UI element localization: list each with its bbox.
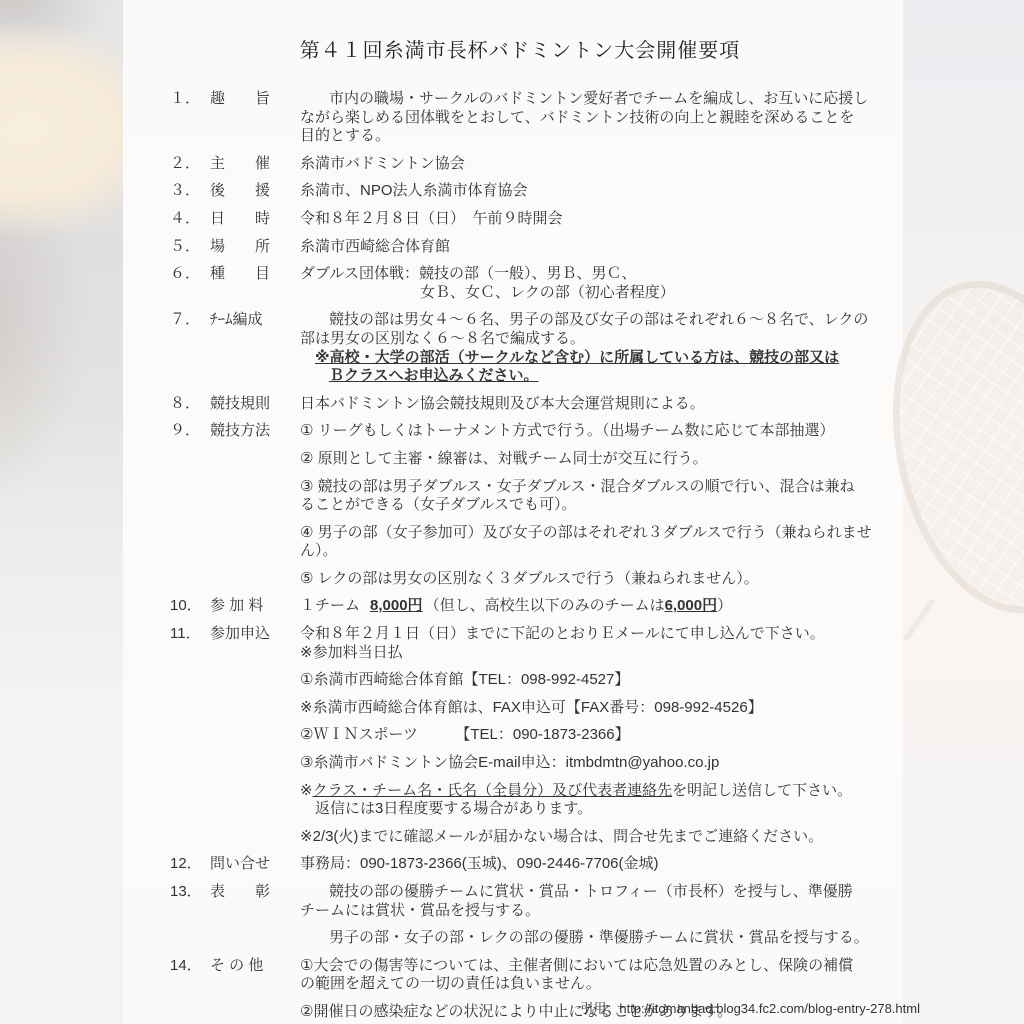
item-rules: ８． 競技規則 日本バドミントン協会競技規則及び本大会運営規則による。: [170, 395, 870, 414]
item-number: 12．: [170, 855, 210, 874]
text-line: ながら楽しめる団体戦をとおして、バドミントン技術の向上と親睦を深めることを: [300, 109, 870, 128]
text-line: ④ 男子の部（女子参加可）及び女子の部はそれぞれ３ダブルスで行う（兼ねられませ: [300, 524, 870, 543]
background-photo-left: [0, 0, 123, 1024]
text-line: 日本バドミントン協会競技規則及び本大会運営規則による。: [300, 395, 870, 414]
item-label: 競技規則: [210, 395, 300, 414]
fee-text: １チーム: [300, 597, 360, 614]
item-label: ﾁｰﾑ編成: [210, 311, 300, 385]
text-line: 男子の部・女子の部・レクの部の優勝・準優勝チームに賞状・賞品を授与する。: [300, 929, 870, 948]
item-venue: ５． 場 所 糸満市西崎総合体育館: [170, 238, 870, 257]
item-support: ３． 後 援 糸満市、NPO法人糸満市体育協会: [170, 182, 870, 201]
item-number: ２．: [170, 155, 210, 174]
item-datetime: ４． 日 時 令和８年２月８日（日） 午前９時開会: [170, 210, 870, 229]
text-line: 目的とする。: [300, 127, 870, 146]
item-entry-fee: 10． 参 加 料 １チーム8,000円（但し、高校生以下のみのチームは6,00…: [170, 597, 870, 616]
text-line: ①大会での傷害等については、主催者側においては応急処置のみとし、保険の補償: [300, 957, 870, 976]
text-line: 糸満市西崎総合体育館: [300, 238, 870, 257]
item-label: 後 援: [210, 182, 300, 201]
text-line: 女Ｂ、女Ｃ、レクの部（初心者程度）: [300, 284, 870, 303]
text-line: ※参加料当日払: [300, 644, 870, 663]
fee-amount: 6,000円: [665, 597, 718, 614]
page-title: 第４１回糸満市長杯バドミントン大会開催要項: [170, 34, 870, 63]
citation-url: 引用：http://itomanbad.blog34.fc2.com/blog-…: [580, 998, 920, 1017]
text-line: １チーム8,000円（但し、高校生以下のみのチームは6,000円）: [300, 597, 870, 616]
item-number: ３．: [170, 182, 210, 201]
text-line: 部は男女の区別なく６～８名で編成する。: [300, 330, 870, 349]
text-line-emphasis: Ｂクラスへお申込みください。: [300, 367, 870, 386]
item-label: 種 目: [210, 265, 300, 302]
item-number: ５．: [170, 238, 210, 257]
item-number: 10．: [170, 597, 210, 616]
item-number: ４．: [170, 210, 210, 229]
item-format: ９． 競技方法 ① リーグもしくはトーナメント方式で行う。（出場チーム数に応じて…: [170, 422, 870, 588]
text-line: ③糸満市バドミントン協会E-mail申込：itmbdmtn@yahoo.co.j…: [300, 754, 870, 773]
fee-amount: 8,000円: [370, 597, 423, 614]
badminton-racket-icon: [885, 252, 1024, 642]
text-line: ①糸満市西崎総合体育館【TEL：098-992-4527】: [300, 671, 870, 690]
text-line: ※2/3(火)までに確認メールが届かない場合は、問合せ先までご連絡ください。: [300, 828, 870, 847]
text-line: 競技の部の優勝チームに賞状・賞品・トロフィー（市長杯）を授与し、準優勝: [300, 883, 870, 902]
text-line: 令和８年２月１日（日）までに下記のとおりＥメールにて申し込んで下さい。: [300, 625, 870, 644]
item-number: ９．: [170, 422, 210, 588]
text-line: の範囲を超えての一切の責任は負いません。: [300, 975, 870, 994]
text-line: チームには賞状・賞品を授与する。: [300, 902, 870, 921]
note-mark: ※: [300, 782, 313, 799]
text-line: ③ 競技の部は男子ダブルス・女子ダブルス・混合ダブルスの順で行い、混合は兼ね: [300, 478, 870, 497]
text-line: 糸満市、NPO法人糸満市体育協会: [300, 182, 870, 201]
item-label: 表 彰: [210, 883, 300, 948]
text-line: 令和８年２月８日（日） 午前９時開会: [300, 210, 870, 229]
item-label: 参 加 料: [210, 597, 300, 616]
item-number: ８．: [170, 395, 210, 414]
item-number: １．: [170, 90, 210, 146]
item-label: 主 催: [210, 155, 300, 174]
item-content: 市内の職場・サークルのバドミントン愛好者でチームを編成し、お互いに応援し ながら…: [300, 90, 870, 146]
text-line: ダブルス団体戦：競技の部（一般）、男Ｂ、男Ｃ、: [300, 265, 870, 284]
text-line: 競技の部は男女４～６名、男子の部及び女子の部はそれぞれ６～８名で、レクの: [300, 311, 870, 330]
item-label: 競技方法: [210, 422, 300, 588]
page: 第４１回糸満市長杯バドミントン大会開催要項 １． 趣 旨 市内の職場・サークルの…: [0, 0, 1024, 1024]
note-text: を明記し送信して下さい。: [672, 782, 852, 799]
item-team-composition: ７． ﾁｰﾑ編成 競技の部は男女４～６名、男子の部及び女子の部はそれぞれ６～８名…: [170, 311, 870, 385]
item-label: 参加申込: [210, 625, 300, 846]
item-number: ７．: [170, 311, 210, 385]
item-number: 14．: [170, 957, 210, 1022]
item-number: ６．: [170, 265, 210, 302]
item-number: 11．: [170, 625, 210, 846]
text-line: ② 原則として主審・線審は、対戦チーム同士が交互に行う。: [300, 450, 870, 469]
fee-text: （但し、高校生以下のみのチームは: [425, 597, 665, 614]
item-label: 趣 旨: [210, 90, 300, 146]
text-line: 返信には3日程度要する場合があります。: [300, 800, 870, 819]
item-events: ６． 種 目 ダブルス団体戦：競技の部（一般）、男Ｂ、男Ｃ、 女Ｂ、女Ｃ、レクの…: [170, 265, 870, 302]
item-label: 場 所: [210, 238, 300, 257]
item-label: 日 時: [210, 210, 300, 229]
item-purpose: １． 趣 旨 市内の職場・サークルのバドミントン愛好者でチームを編成し、お互いに…: [170, 90, 870, 146]
item-number: 13．: [170, 883, 210, 948]
note-underlined: クラス・チーム名・氏名（全員分）及び代表者連絡先: [313, 782, 673, 799]
item-application: 11． 参加申込 令和８年２月１日（日）までに下記のとおりＥメールにて申し込んで…: [170, 625, 870, 846]
item-contact: 12． 問い合せ 事務局：090-1873-2366(玉城)、090-2446-…: [170, 855, 870, 874]
text-line-emphasis: ※高校・大学の部活（サークルなど含む）に所属している方は、競技の部又は: [300, 349, 870, 368]
text-line: ① リーグもしくはトーナメント方式で行う。（出場チーム数に応じて本部抽選）: [300, 422, 870, 441]
document: 第４１回糸満市長杯バドミントン大会開催要項 １． 趣 旨 市内の職場・サークルの…: [170, 34, 870, 1024]
item-label: 問い合せ: [210, 855, 300, 874]
item-awards: 13． 表 彰 競技の部の優勝チームに賞状・賞品・トロフィー（市長杯）を授与し、…: [170, 883, 870, 948]
item-label: そ の 他: [210, 957, 300, 1022]
text-line: ⑤ レクの部は男女の区別なく３ダブルスで行う（兼ねられません）。: [300, 570, 870, 589]
text-line: ん）。: [300, 542, 870, 561]
text-line: 事務局：090-1873-2366(玉城)、090-2446-7706(金城): [300, 855, 870, 874]
text-line: ②ＷＩＮスポーツ 【TEL：090-1873-2366】: [300, 726, 870, 745]
text-line: 市内の職場・サークルのバドミントン愛好者でチームを編成し、お互いに応援し: [300, 90, 870, 109]
text-line: ることができる（女子ダブルスでも可）。: [300, 496, 870, 515]
item-organizer: ２． 主 催 糸満市バドミントン協会: [170, 155, 870, 174]
text-line: ※糸満市西崎総合体育館は、FAX申込可【FAX番号：098-992-4526】: [300, 699, 870, 718]
text-line: ※クラス・チーム名・氏名（全員分）及び代表者連絡先を明記し送信して下さい。: [300, 782, 870, 801]
text-line: 糸満市バドミントン協会: [300, 155, 870, 174]
fee-text: ）: [717, 597, 732, 614]
